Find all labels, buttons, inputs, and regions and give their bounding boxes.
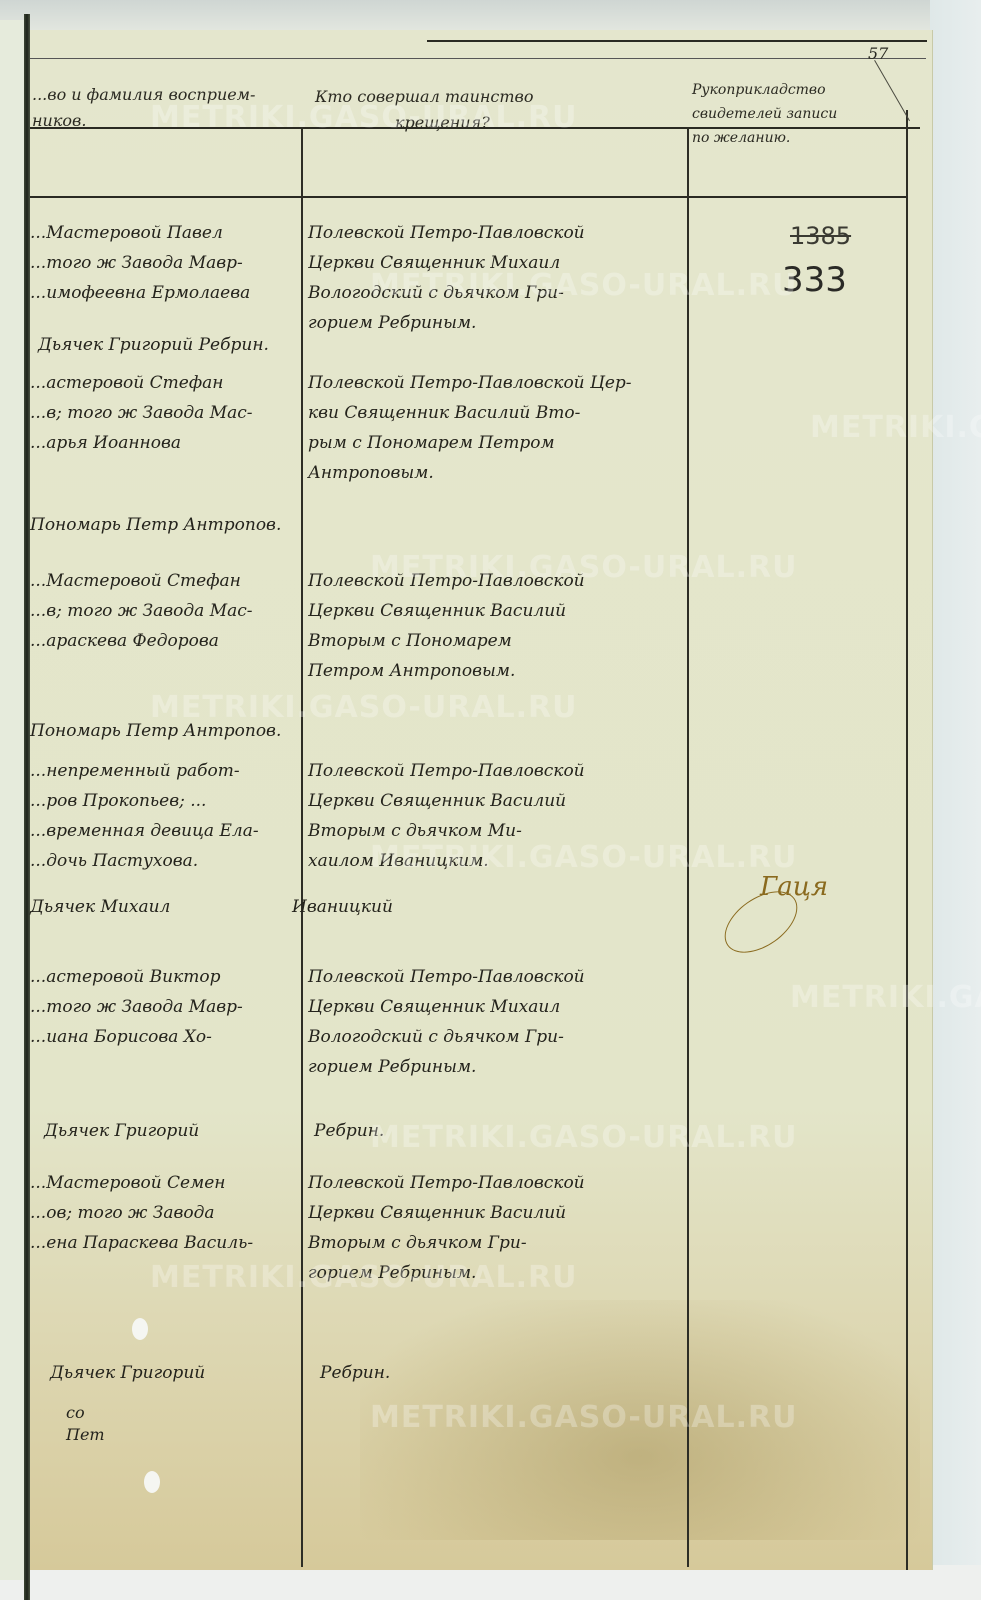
entry-5-sacrament: Полевской Петро-Павловской Церкви Священ… bbox=[308, 962, 585, 1082]
header-witness: Рукоприкладство свидетелей записи по жел… bbox=[692, 78, 837, 150]
entry-6-sacrament: Полевской Петро-Павловской Церкви Священ… bbox=[308, 1168, 585, 1288]
entry-2-godparents: ...астеровой Стефан ...в; того ж Завода … bbox=[30, 368, 253, 458]
watermark: METRIKI.GASO-URAL.RU bbox=[370, 1120, 798, 1155]
entry-3-sacrament: Полевской Петро-Павловской Церкви Священ… bbox=[308, 566, 585, 686]
entry-4-signature-2: Иваницкий bbox=[292, 892, 393, 922]
entry-1-sacrament: Полевской Петро-Павловской Церкви Священ… bbox=[308, 218, 585, 338]
entry-5-signature-1: Дьячек Григорий bbox=[44, 1116, 199, 1146]
entry-4-sacrament: Полевской Петро-Павловской Церкви Священ… bbox=[308, 756, 585, 876]
header-godparents: ...во и фамилия восприем- ников. bbox=[32, 82, 255, 134]
entry-6-signature-1: Дьячек Григорий bbox=[50, 1358, 205, 1388]
entry-6-signature-2: Ребрин. bbox=[320, 1358, 390, 1388]
column-divider-2 bbox=[687, 127, 689, 1567]
entry-5-signature-2: Ребрин. bbox=[314, 1116, 384, 1146]
footer-note: со Пет bbox=[66, 1402, 105, 1446]
entry-2-signature: Пономарь Петр Антропов. bbox=[30, 510, 281, 540]
scan-background-bottom bbox=[0, 1565, 981, 1600]
column-divider-3 bbox=[906, 110, 908, 1570]
record-number-new: 333 bbox=[782, 260, 847, 300]
watermark: METRIKI.GASO-URAL.RU bbox=[370, 1400, 798, 1435]
entry-1-signature: Дьячек Григорий Ребрин. bbox=[38, 330, 269, 360]
entry-6-godparents: ...Мастеровой Семен ...ов; того ж Завода… bbox=[30, 1168, 253, 1258]
entry-2-sacrament: Полевской Петро-Павловской Цер- кви Свящ… bbox=[308, 368, 632, 488]
entry-3-godparents: ...Мастеровой Стефан ...в; того ж Завода… bbox=[30, 566, 253, 656]
top-rule-thin bbox=[30, 58, 926, 59]
adjacent-page-edge bbox=[0, 20, 26, 1580]
header-bottom-rule bbox=[30, 196, 906, 198]
entry-3-signature: Пономарь Петр Антропов. bbox=[30, 716, 281, 746]
scan-background-top bbox=[0, 0, 981, 30]
header-sacrament: Кто совершал таинство крещения? bbox=[315, 84, 534, 136]
entry-4-signature-1: Дьячек Михаил bbox=[30, 892, 170, 922]
paper-hole bbox=[132, 1318, 148, 1340]
page-corner-stroke bbox=[874, 60, 910, 121]
top-rule bbox=[427, 40, 927, 42]
entry-5-godparents: ...астеровой Виктор ...того ж Завода Мав… bbox=[30, 962, 243, 1052]
entry-4-godparents: ...непременный работ- ...ров Прокопьев; … bbox=[30, 756, 259, 876]
water-stain bbox=[360, 1300, 920, 1540]
entry-1-godparents: ...Мастеровой Павел ...того ж Завода Мав… bbox=[30, 218, 250, 308]
page-number: 57 bbox=[868, 44, 888, 63]
register-page: 57 ...во и фамилия восприем- ников. Кто … bbox=[30, 30, 933, 1570]
record-number-old: 1385 bbox=[790, 222, 851, 250]
scan-background-right bbox=[930, 0, 981, 1600]
paper-hole bbox=[144, 1471, 160, 1493]
column-divider-1 bbox=[301, 127, 303, 1567]
